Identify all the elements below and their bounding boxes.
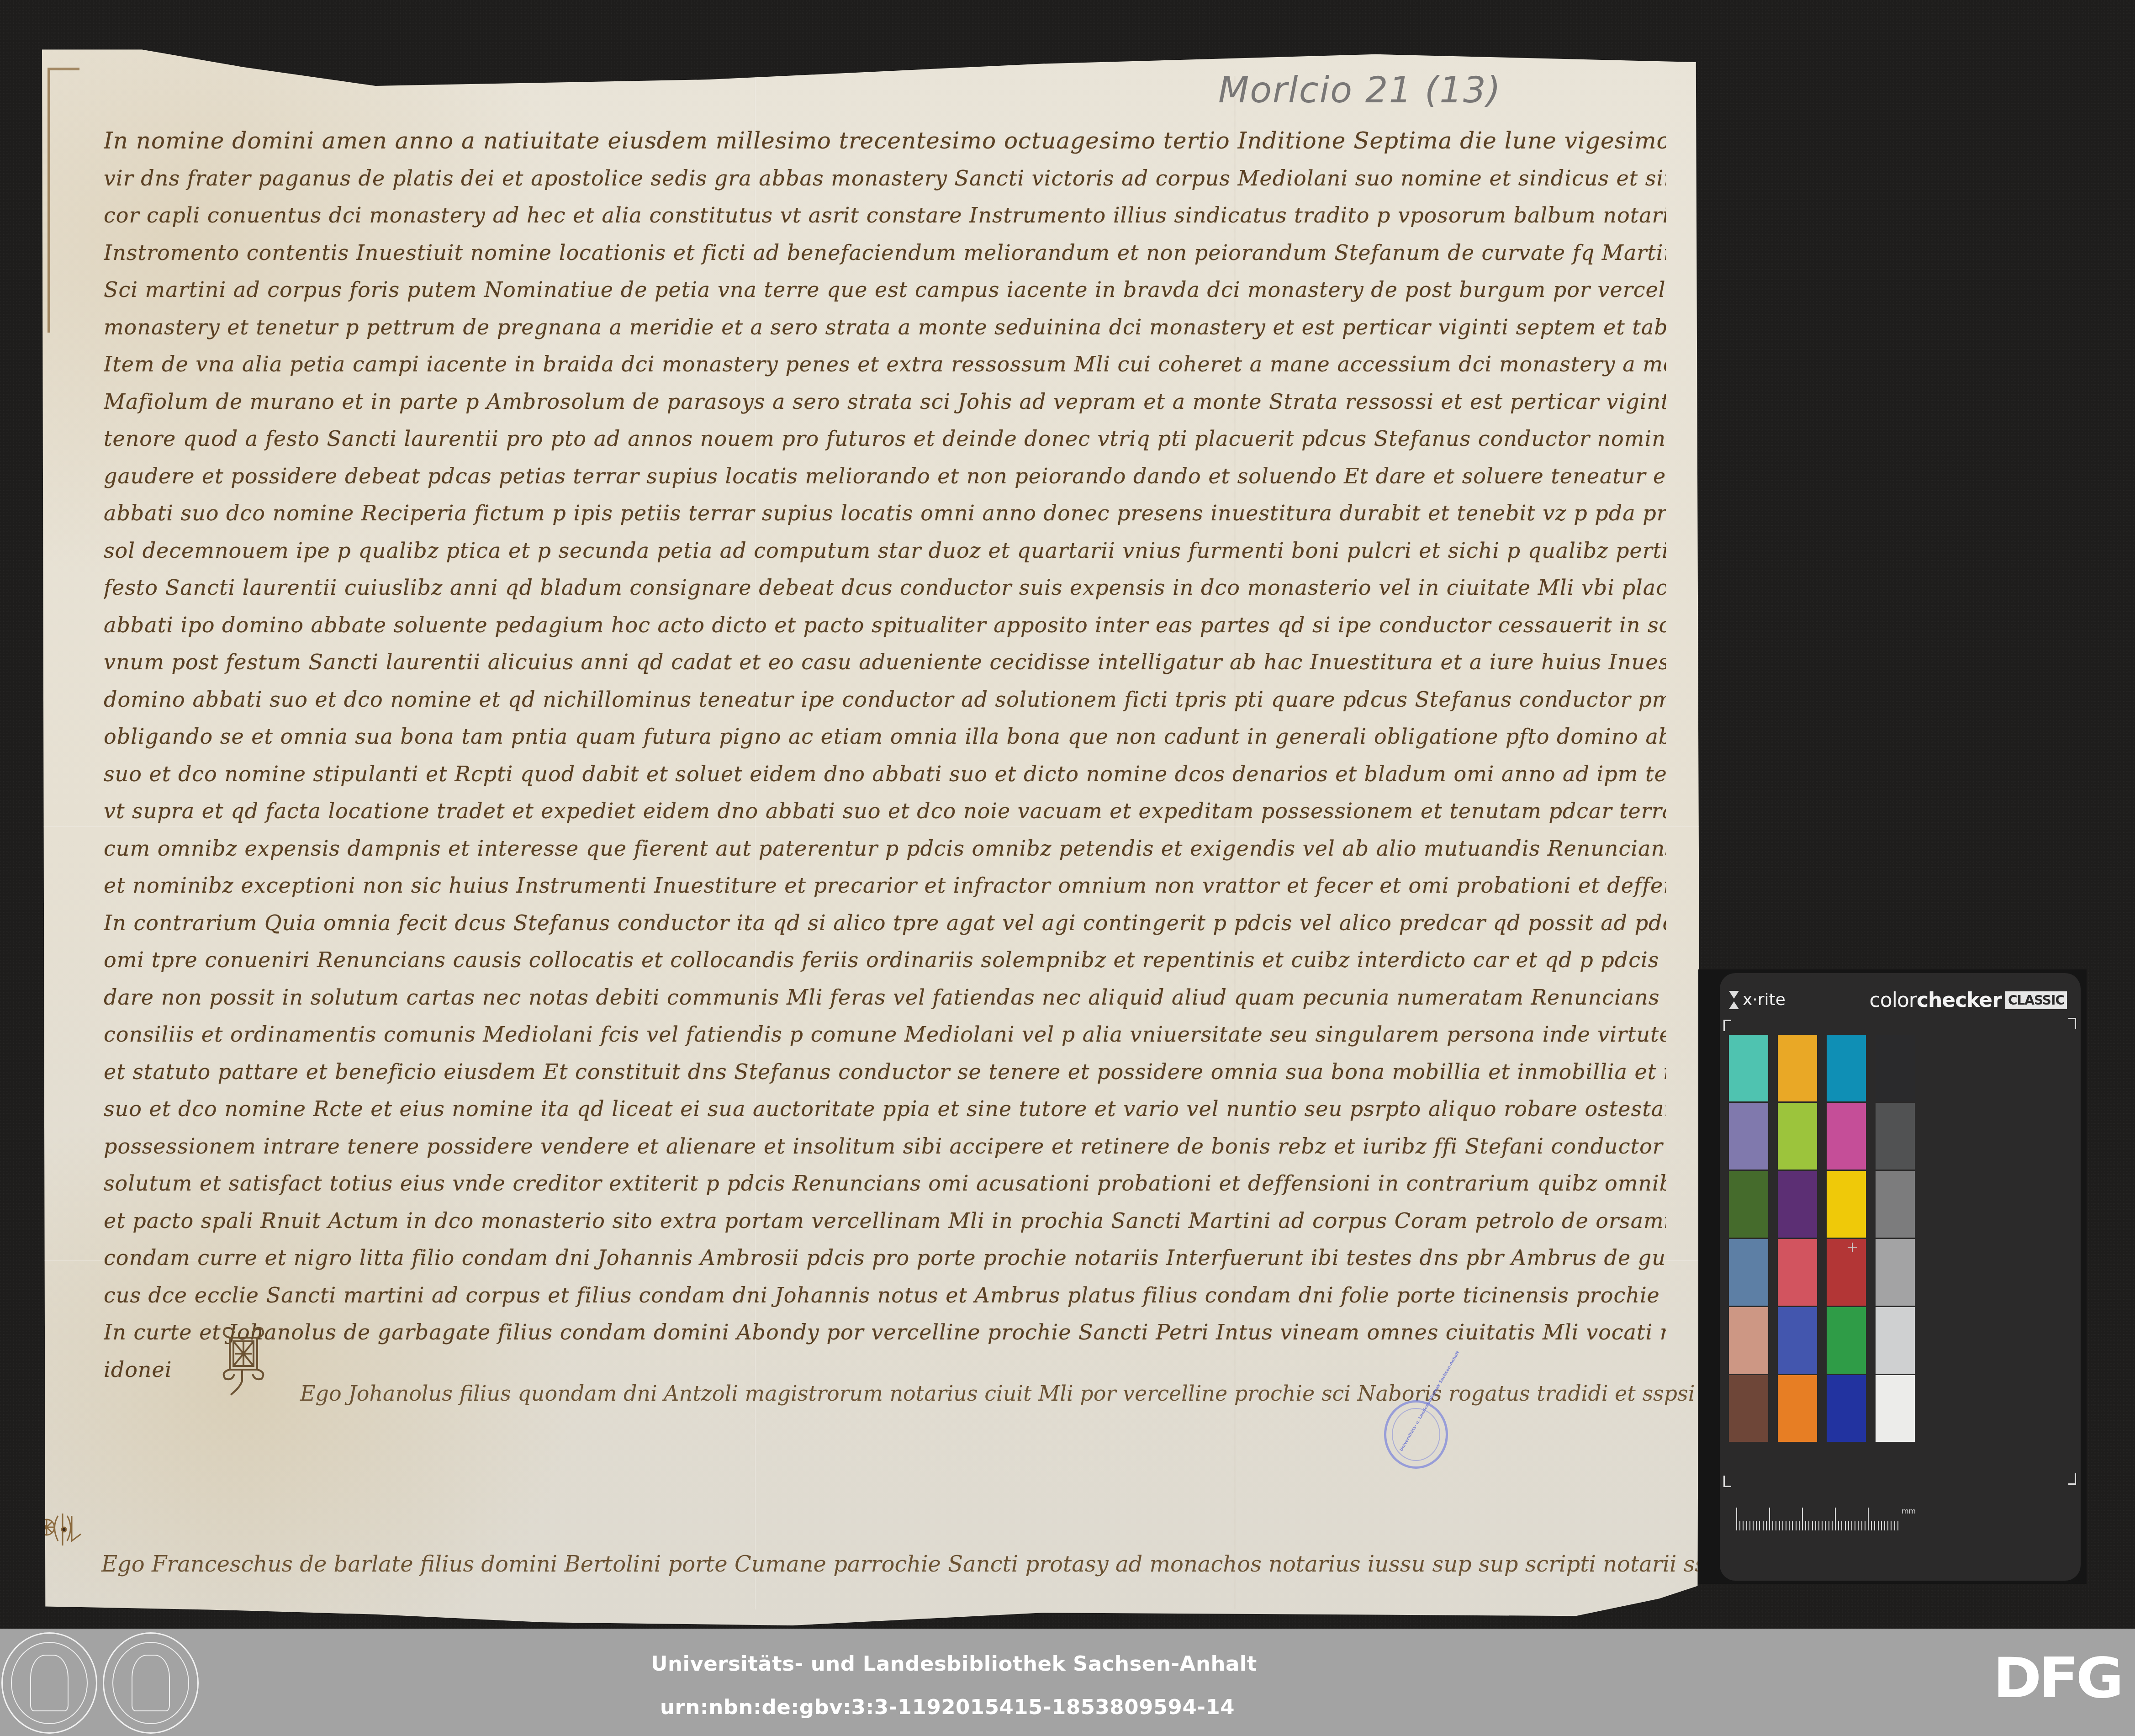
registration-corner-icon xyxy=(1723,1020,1731,1031)
institution-name: Universitäts- und Landesbibliothek Sachs… xyxy=(651,1651,1257,1676)
xrite-brand-label: x·rite xyxy=(1743,990,1786,1009)
color-checker-card: x·rite color checker CLASSIC mm xyxy=(1720,973,2081,1581)
color-patch xyxy=(1778,1307,1817,1374)
color-patch xyxy=(1729,1035,1768,1101)
charter-line: condam curre et nigro litta filio condam… xyxy=(104,1239,1666,1277)
registration-corner-icon xyxy=(2068,1473,2076,1485)
color-patch xyxy=(1778,1171,1817,1238)
charter-line: et statuto pattare et beneficio eiusdem … xyxy=(104,1053,1666,1091)
color-patch xyxy=(1827,1307,1866,1374)
color-patch xyxy=(1827,1239,1866,1306)
charter-line: cor capli conuentus dci monastery ad hec… xyxy=(104,197,1666,234)
color-patch xyxy=(1729,1239,1768,1306)
notary-subscription-1: Ego Johanolus filius quondam dni Antzoli… xyxy=(300,1381,1695,1406)
notary-signum-icon xyxy=(37,1504,92,1555)
charter-line: In nomine domini amen anno a natiuitate … xyxy=(104,122,1666,160)
color-patch xyxy=(1729,1171,1768,1238)
charter-line: gaudere et possidere debeat pdcas petias… xyxy=(104,458,1666,495)
notary-subscription-2: Ego Franceschus de barlate filius domini… xyxy=(101,1551,1713,1577)
charter-line: Instromento contentis Inuestiuit nomine … xyxy=(104,234,1666,272)
charter-line: domino abbati suo et dco nomine et qd ni… xyxy=(104,681,1666,719)
color-patch xyxy=(1778,1035,1817,1101)
color-patch xyxy=(1827,1103,1866,1170)
charter-line: vnum post festum Sancti laurentii alicui… xyxy=(104,644,1666,681)
parchment-document: Morlcio 21 (13) In nomine domini amen an… xyxy=(42,45,1709,1625)
charter-line: cus dce ecclie Sancti martini ad corpus … xyxy=(104,1277,1666,1314)
charter-line: abbati ipo domino abbate soluente pedagi… xyxy=(104,607,1666,644)
charter-line: tenore quod a festo Sancti laurentii pro… xyxy=(104,420,1666,458)
charter-line: et nominibz exceptioni non sic huius Ins… xyxy=(104,867,1666,905)
charter-line: In contrarium Quia omnia fecit dcus Stef… xyxy=(104,905,1666,942)
charter-line: vt supra et qd facta locatione tradet et… xyxy=(104,793,1666,830)
charter-line: sol decemnouem ipe p qualibz ptica et p … xyxy=(104,532,1666,570)
charter-line: suo et dco nomine Rcte et eius nomine it… xyxy=(104,1090,1666,1128)
registration-corner-icon xyxy=(1723,1476,1731,1487)
color-patch xyxy=(1778,1239,1817,1306)
color-patch xyxy=(1729,1375,1768,1442)
color-patch xyxy=(1729,1103,1768,1170)
color-patch xyxy=(1827,1375,1866,1442)
colorchecker-title-bold: checker xyxy=(1917,989,2002,1012)
charter-line: vir dns frater paganus de platis dei et … xyxy=(104,160,1666,197)
university-seal-halle-icon xyxy=(1,1632,97,1734)
library-ownership-stamp: Universitäts- u. Landesbibliothek Sachse… xyxy=(1384,1400,1448,1469)
color-patch xyxy=(1876,1307,1915,1374)
ruler-unit-label: mm xyxy=(1902,1507,1916,1515)
xrite-brand: x·rite xyxy=(1729,990,1786,1009)
color-patch xyxy=(1778,1375,1817,1442)
color-patch xyxy=(1827,1035,1866,1101)
registration-corner-icon xyxy=(2068,1018,2076,1029)
color-patch xyxy=(1876,1375,1915,1442)
colorchecker-title: color checker CLASSIC xyxy=(1870,989,2067,1012)
decorated-initial xyxy=(48,68,55,333)
stamp-inner-ring xyxy=(1392,1408,1440,1461)
notary-signum-icon xyxy=(217,1324,270,1397)
charter-line: festo Sancti laurentii cuiuslibz anni qd… xyxy=(104,569,1666,607)
color-patch xyxy=(1876,1239,1915,1306)
classic-badge: CLASSIC xyxy=(2005,991,2067,1009)
charter-line: solutum et satisfact totius eius vnde cr… xyxy=(104,1165,1666,1202)
color-patch xyxy=(1876,1171,1915,1238)
charter-line: consiliis et ordinamentis comunis Mediol… xyxy=(104,1016,1666,1053)
color-patch xyxy=(1827,1171,1866,1238)
color-patch xyxy=(1876,1103,1915,1170)
footer-banner: Universitäts- und Landesbibliothek Sachs… xyxy=(0,1629,2135,1736)
charter-line: omi tpre conueniri Renuncians causis col… xyxy=(104,942,1666,979)
colorchecker-title-light: color xyxy=(1870,989,1917,1012)
crosshair-icon xyxy=(1848,1243,1857,1252)
charter-line: Mafiolum de murano et in parte p Ambroso… xyxy=(104,383,1666,421)
dfg-logo: DFG xyxy=(1993,1650,2121,1706)
color-patch xyxy=(1729,1307,1768,1374)
charter-line: In curte et Johanolus de garbagate filiu… xyxy=(104,1314,1666,1351)
color-patch xyxy=(1778,1103,1817,1170)
color-patch-grid xyxy=(1729,1035,1915,1442)
charter-text: In nomine domini amen anno a natiuitate … xyxy=(104,122,1666,1388)
charter-line: et pacto spali Rnuit Actum in dco monast… xyxy=(104,1202,1666,1240)
color-patch xyxy=(1876,1035,1915,1101)
charter-line: Sci martini ad corpus foris putem Nomina… xyxy=(104,271,1666,309)
charter-line: possessionem intrare tenere possidere ve… xyxy=(104,1128,1666,1165)
charter-line: Item de vna alia petia campi iacente in … xyxy=(104,346,1666,383)
urn-identifier: urn:nbn:de:gbv:3:3-1192015415-1853809594… xyxy=(660,1695,1235,1719)
mm-ruler-major-ticks xyxy=(1736,1508,1901,1528)
charter-line: cum omnibz expensis dampnis et interesse… xyxy=(104,830,1666,868)
charter-line: suo et dco nomine stipulanti et Rcpti qu… xyxy=(104,756,1666,793)
university-seal-wittenberg-icon xyxy=(103,1632,199,1734)
shelfmark-annotation: Morlcio 21 (13) xyxy=(1218,70,1501,111)
charter-line: dare non possit in solutum cartas nec no… xyxy=(104,979,1666,1016)
seal-figure xyxy=(30,1655,69,1711)
xrite-logo-icon xyxy=(1729,991,1739,1009)
charter-line: abbati suo dco nomine Reciperia fictum p… xyxy=(104,495,1666,532)
charter-line: monastery et tenetur p pettrum de pregna… xyxy=(104,309,1666,346)
charter-line: obligando se et omnia sua bona tam pntia… xyxy=(104,718,1666,756)
seal-figure xyxy=(132,1655,170,1711)
